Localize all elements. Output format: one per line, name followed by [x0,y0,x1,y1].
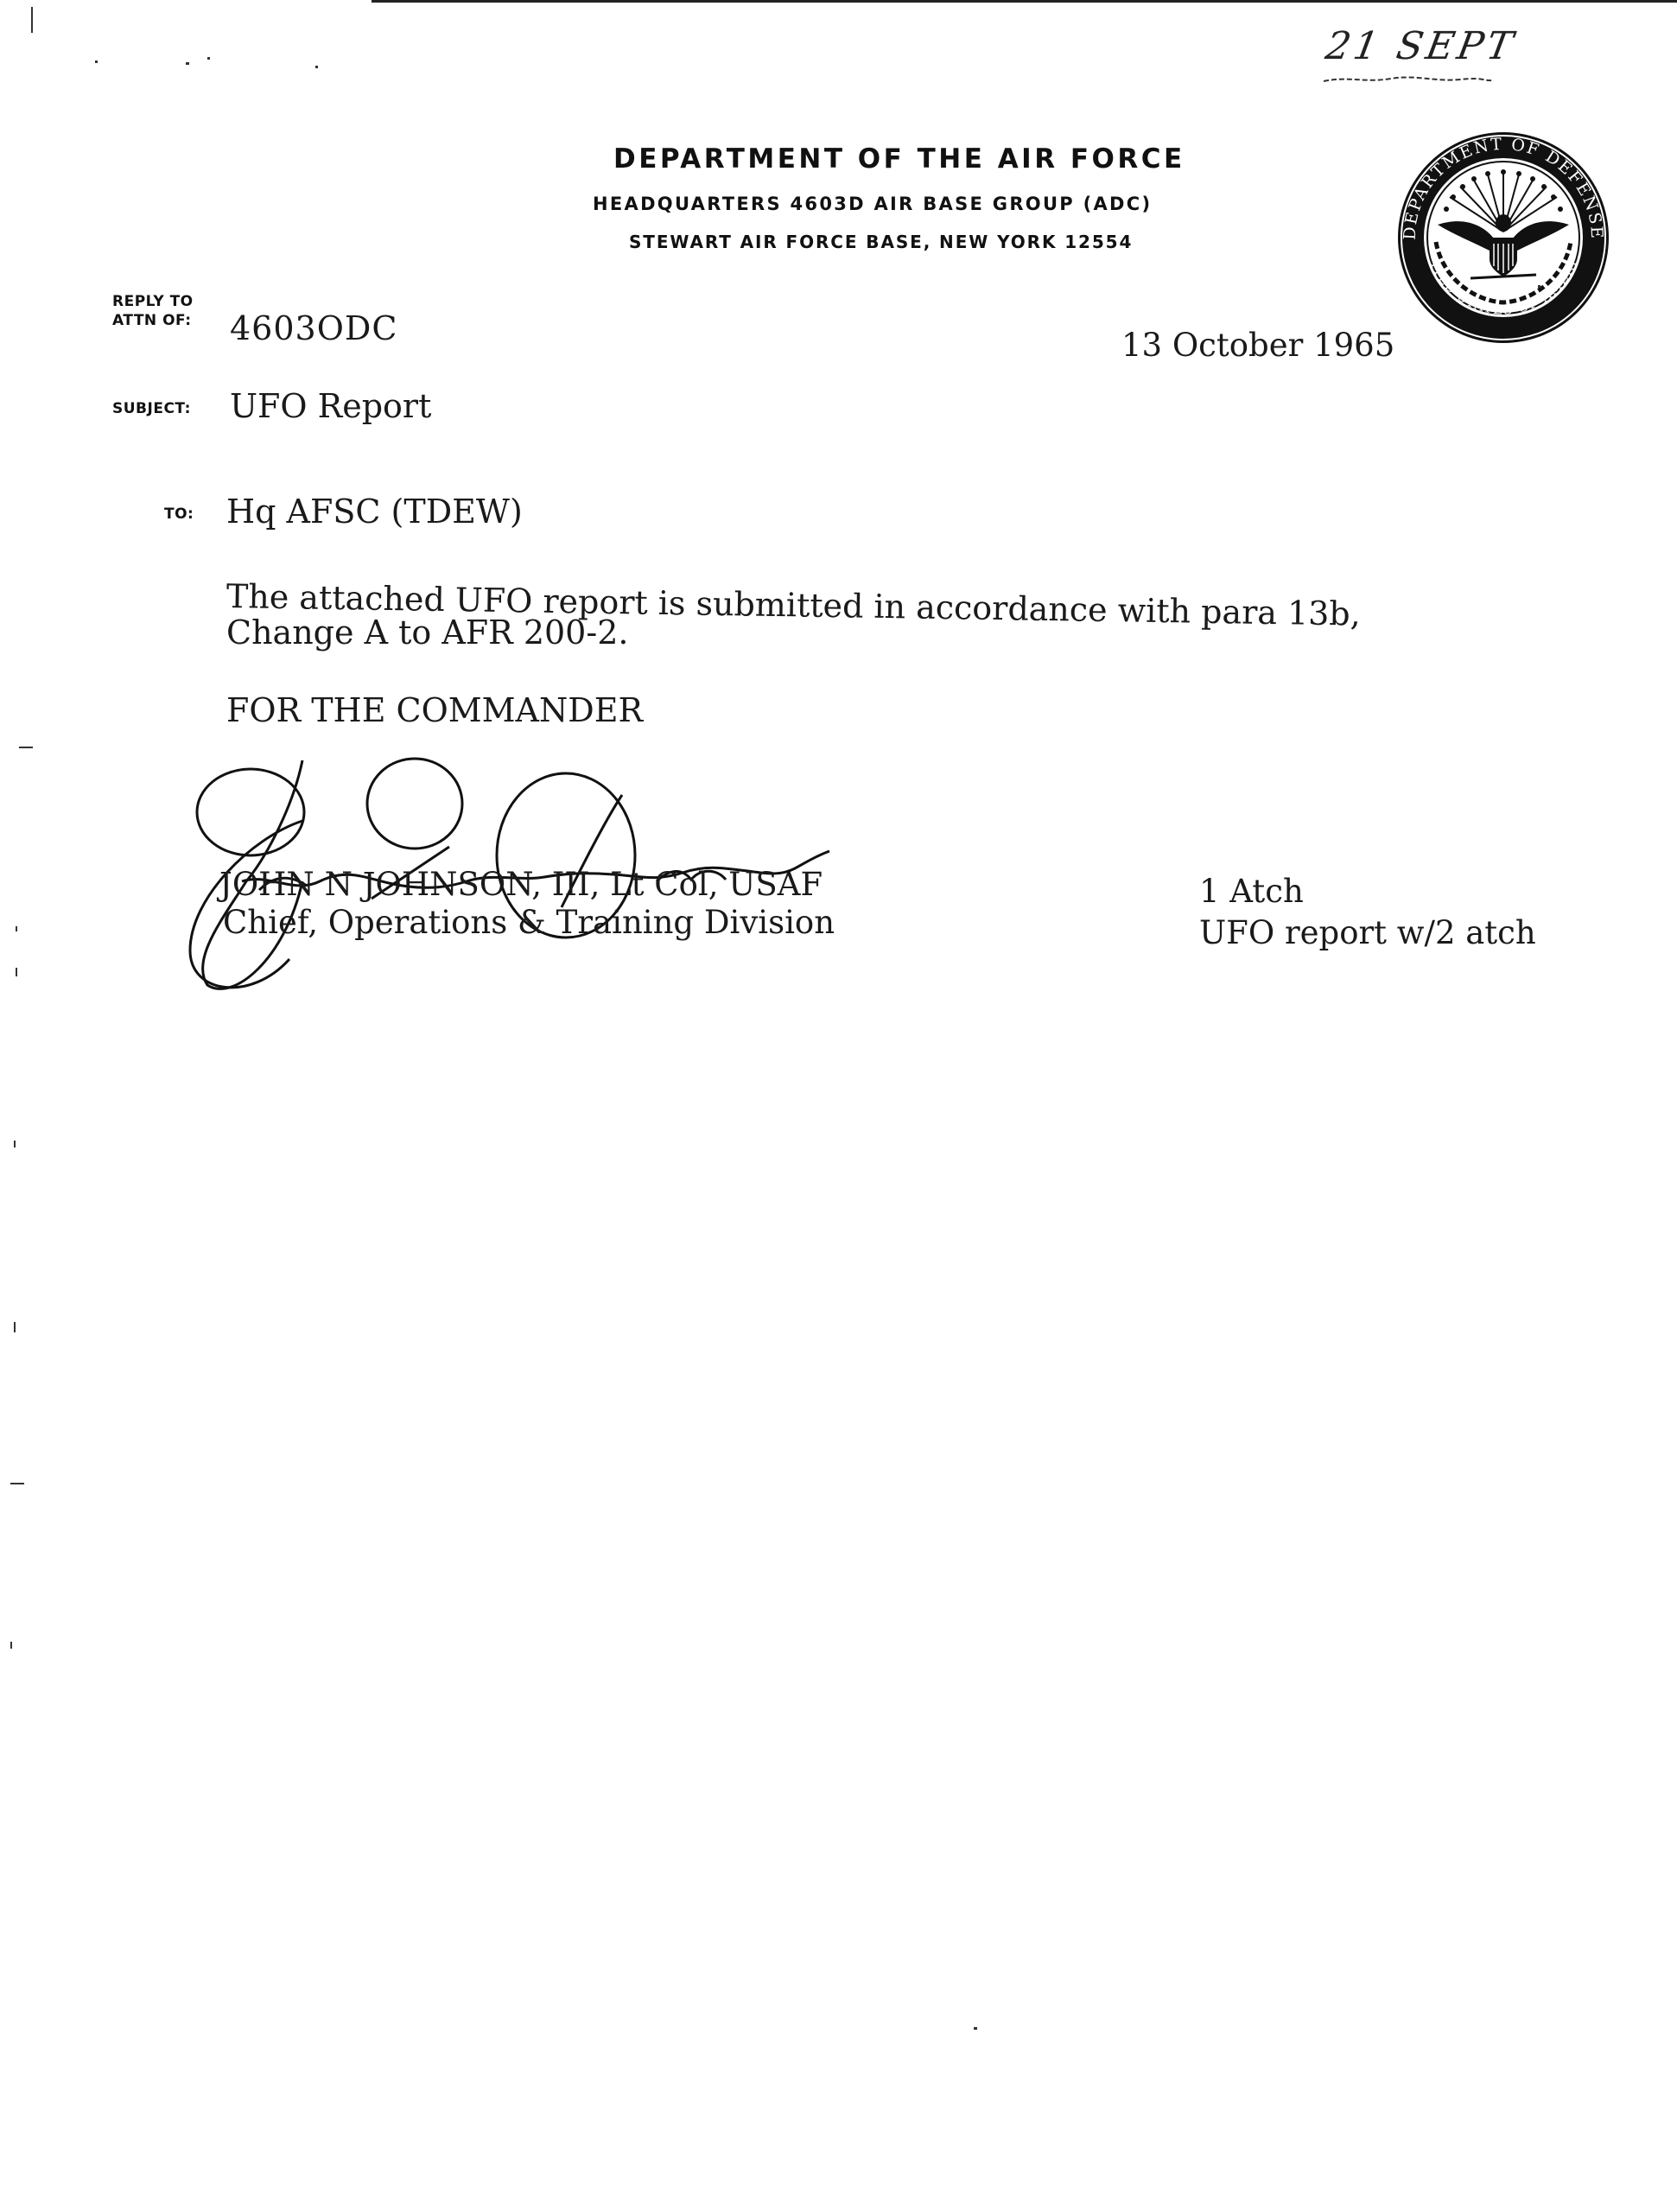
to-value: Hq AFSC (TDEW) [226,493,523,531]
scan-speck [10,1483,24,1484]
reply-to-label: REPLY TO ATTN OF: [112,292,194,330]
attachment-description: UFO report w/2 atch [1199,914,1536,951]
scan-speck [31,7,33,33]
scan-speck [1538,285,1540,288]
scan-speck [16,968,17,976]
scan-speck [14,1322,16,1332]
subject-value: UFO Report [230,387,431,425]
to-label: TO: [164,505,194,524]
closing-line: FOR THE COMMANDER [226,691,643,729]
reply-to-label-line1: REPLY TO [112,292,194,311]
handwritten-date-annotation: 21 SEPT [1323,24,1520,68]
scan-speck [95,60,98,63]
scan-speck [186,62,189,65]
letterhead-address: STEWART AIR FORCE BASE, NEW YORK 12554 [629,232,1133,252]
reply-to-value: 4603ODC [230,309,397,347]
body-text-line-2: Change A to AFR 200-2. [226,613,628,652]
top-border-rule [372,0,1677,3]
attachment-count: 1 Atch [1199,873,1304,910]
scan-speck [14,1141,16,1147]
subject-label: SUBJECT: [112,399,191,418]
handwritten-underline-scribble [1322,74,1495,85]
reply-to-label-line2: ATTN OF: [112,311,194,330]
signer-name-line: JOHN N JOHNSON, III, Lt Col, USAF [219,866,823,903]
letterhead-unit: HEADQUARTERS 4603D AIR BASE GROUP (ADC) [593,194,1152,214]
scan-speck [207,57,210,60]
signer-title-line: Chief, Operations & Training Division [223,904,835,941]
scan-speck [315,66,318,68]
scan-speck [10,1642,12,1649]
letterhead-title: DEPARTMENT OF THE AIR FORCE [613,143,1185,175]
memo-date: 13 October 1965 [1121,327,1394,364]
scan-speck [19,747,33,748]
department-of-defense-seal-icon: DEPARTMENT OF DEFENSE UNITED STATES OF A… [1394,130,1612,346]
scan-speck [16,926,17,931]
scan-speck [974,2027,977,2030]
